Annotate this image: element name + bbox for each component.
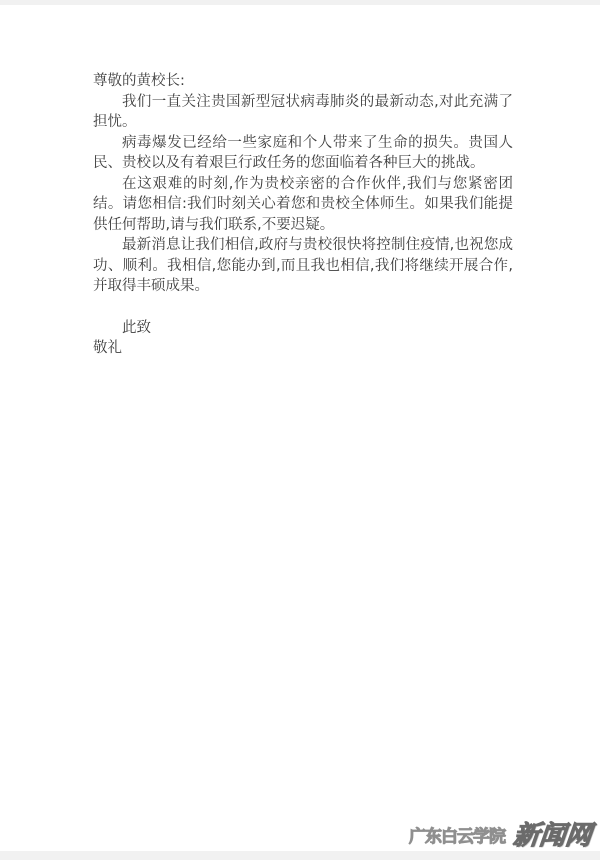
letter-closing-regards: 敬礼 [93, 338, 513, 359]
letter-paragraph: 在这艰难的时刻,作为贵校亲密的合作伙伴,我们与您紧密团结。请您相信:我们时刻关心… [93, 174, 513, 236]
top-edge-strip [0, 0, 600, 5]
site-watermark: 广东白云学院 新闻网 [409, 813, 592, 850]
letter-body: 尊敬的黄校长: 我们一直关注贵国新型冠状病毒肺炎的最新动态,对此充满了担忧。 病… [93, 71, 513, 359]
letter-paragraph: 最新消息让我们相信,政府与贵校很快将控制住疫情,也祝您成功、顺利。我相信,您能办… [93, 235, 513, 297]
letter-closing-salute: 此致 [93, 318, 513, 339]
watermark-section-name: 新闻网 [512, 815, 594, 852]
letter-salutation: 尊敬的黄校长: [93, 71, 513, 92]
watermark-site-name: 广东白云学院 [409, 822, 505, 847]
letter-paragraph: 我们一直关注贵国新型冠状病毒肺炎的最新动态,对此充满了担忧。 [93, 92, 513, 133]
bottom-edge-strip [0, 851, 600, 860]
letter-page: 尊敬的黄校长: 我们一直关注贵国新型冠状病毒肺炎的最新动态,对此充满了担忧。 病… [0, 0, 600, 860]
letter-paragraph: 病毒爆发已经给一些家庭和个人带来了生命的损失。贵国人民、贵校以及有着艰巨行政任务… [93, 133, 513, 174]
